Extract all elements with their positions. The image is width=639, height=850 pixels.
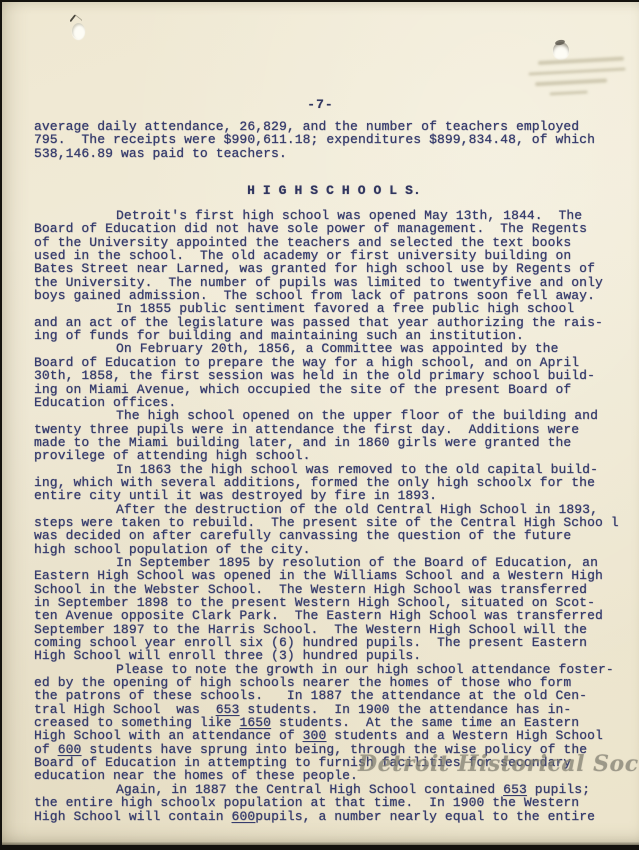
text-line: ed by the opening of high schools nearer… (34, 676, 634, 689)
paragraphs: Detroit's first high school was opened M… (34, 209, 634, 823)
text-line: and an act of the legislature was passed… (34, 316, 634, 329)
text-line: In 1863 the high school was removed to t… (34, 463, 634, 476)
text-line: entire city until it was destroyed by fi… (34, 489, 634, 502)
page-scan: { "page": { "number": "-7-", "margin_not… (0, 0, 639, 850)
text-line: School in the Webster School. The Wester… (34, 583, 634, 596)
text-line: Detroit's first high school was opened M… (34, 209, 634, 222)
text-line: 538,146.89 was paid to teachers. (34, 147, 634, 160)
text-line: creased to something like 1650 students.… (34, 716, 634, 729)
text-line: the patrons of these schools. In 1887 th… (34, 689, 634, 702)
watermark: Detroit Historical Society (358, 751, 639, 777)
text-line: the University. The number of pupils was… (34, 276, 634, 289)
text-line: ing of funds for building and maintainin… (34, 329, 634, 342)
intro-paragraph: average daily attendance, 26,829, and th… (34, 120, 634, 160)
text-line: Again, in 1887 the Central High School c… (34, 783, 634, 796)
text-line: provilege of attending high school. (34, 449, 634, 462)
paragraph: The high school opened on the upper floo… (34, 409, 634, 462)
text-line: Please to note the growth in our high sc… (34, 663, 634, 676)
paragraph: In 1863 the high school was removed to t… (34, 463, 634, 503)
paragraph: In September 1895 by resolution of the B… (34, 556, 634, 663)
text-line: was decided on after carefully canvassin… (34, 529, 634, 542)
text-line: used in the school. The old academy or f… (34, 249, 634, 262)
text-line: made to the Miami building later, and in… (34, 436, 634, 449)
text-line: After the destruction of the old Central… (34, 503, 634, 516)
text-line: high school population of the city. (34, 543, 634, 556)
text-line: steps were taken to rebuild. The present… (34, 516, 634, 529)
text-line: in September 1898 to the present Western… (34, 596, 634, 609)
text-line: In September 1895 by resolution of the B… (34, 556, 634, 569)
text-line: Board of Education did not have sole pow… (34, 222, 634, 235)
paragraph: Detroit's first high school was opened M… (34, 209, 634, 302)
text-line: Bates Street near Larned, was granted fo… (34, 262, 634, 275)
text-line: ten Avenue opposite Clark Park. The East… (34, 609, 634, 622)
text-line: High School will contain 600pupils, a nu… (34, 810, 634, 823)
text-line: 30th, 1858, the first session was held i… (34, 369, 634, 382)
text-line: The high school opened on the upper floo… (34, 409, 634, 422)
text-line: High School with an attendance of 300 st… (34, 729, 634, 742)
text-line: In 1855 public sentiment favored a free … (34, 302, 634, 315)
text-line: September 1897 to the Harris School. The… (34, 623, 634, 636)
paragraph: In 1855 public sentiment favored a free … (34, 302, 634, 342)
text-line: the entire high schoolx population at th… (34, 796, 634, 809)
text-line: of the University appointed the teachers… (34, 236, 634, 249)
text-line: coming school year enroll six (6) hundre… (34, 636, 634, 649)
text-line: Education offices. (34, 396, 634, 409)
text-line: tral High School was 653 students. In 19… (34, 703, 634, 716)
paragraph: After the destruction of the old Central… (34, 503, 634, 556)
paragraph: Again, in 1887 the Central High School c… (34, 783, 634, 823)
text-line: 795. The receipts were $990,611.18; expe… (34, 133, 634, 146)
text-line: twenty three pupils were in attendance t… (34, 423, 634, 436)
page-number: -7- (2, 97, 639, 112)
text-line: Board of Education to prepare the way fo… (34, 356, 634, 369)
paper: -7- average daily attendance, 26,829, an… (2, 2, 639, 845)
text-line: High School will enroll three (3) hundre… (34, 649, 634, 662)
text-line: average daily attendance, 26,829, and th… (34, 120, 634, 133)
document-body: average daily attendance, 26,829, and th… (34, 120, 634, 823)
punch-hole-left (72, 23, 85, 39)
section-heading: H I G H S C H O O L S. (34, 184, 634, 198)
text-line: boys gained admission. The school from l… (34, 289, 634, 302)
text-line: ing, which with several additions, forme… (34, 476, 634, 489)
text-line: On February 20th, 1856, a Committee was … (34, 342, 634, 355)
text-line: Eastern High School was opened in the Wi… (34, 569, 634, 582)
punch-hole-right (553, 42, 569, 59)
margin-note-handwriting: W. C. Martindale (2, 285, 34, 577)
text-line: ing on Miami Avenue, which occupied the … (34, 383, 634, 396)
paragraph: On February 20th, 1856, a Committee was … (34, 342, 634, 409)
margin-note-text: W. C. Martindale (0, 310, 5, 581)
